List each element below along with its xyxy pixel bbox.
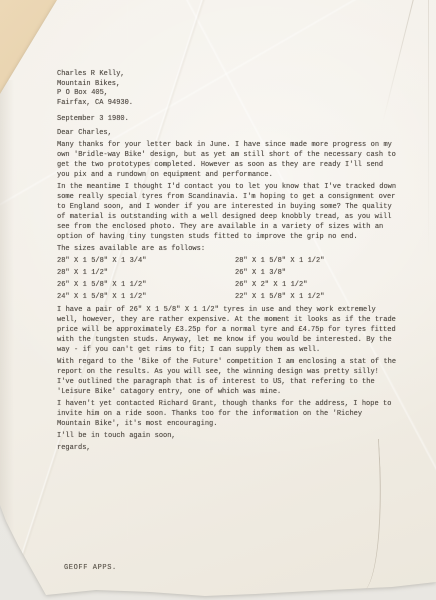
- size-item: 22" X 1 5/8" X 1 1/2": [235, 291, 398, 303]
- crease-bottom-right: [336, 439, 387, 593]
- size-row: 26" X 1 5/8" X 1 1/2" 26" X 2" X 1 1/2": [57, 279, 398, 291]
- address-line: Charles R Kelly,: [57, 70, 398, 80]
- letter-page-wrapper: Charles R Kelly, Mountain Bikes, P O Box…: [0, 0, 436, 600]
- size-item: 26" X 1 5/8" X 1 1/2": [57, 279, 235, 291]
- paragraph-progress: Many thanks for your letter back in June…: [57, 140, 398, 180]
- address-line: Mountain Bikes,: [57, 80, 398, 90]
- letter-page: Charles R Kelly, Mountain Bikes, P O Box…: [0, 0, 436, 600]
- size-item: 28" X 1 1/2": [57, 267, 235, 279]
- address-line: P O Box 405,: [57, 89, 398, 99]
- size-row: 24" X 1 5/8" X 1 1/2" 22" X 1 5/8" X 1 1…: [57, 291, 398, 303]
- paragraph-tyres: In the meantime I thought I'd contact yo…: [57, 182, 398, 242]
- paragraph-competition: With regard to the 'Bike of the Future' …: [57, 357, 398, 397]
- salutation: Dear Charles,: [57, 128, 398, 138]
- closing-line: I'll be in touch again soon,: [57, 431, 398, 441]
- scanned-letter-photo: Charles R Kelly, Mountain Bikes, P O Box…: [0, 0, 436, 600]
- address-line: Fairfax, CA 94930.: [57, 99, 398, 109]
- signature-name: GEOFF APPS.: [64, 564, 117, 572]
- size-row: 28" X 1 5/8" X 1 3/4" 28" X 1 5/8" X 1 1…: [57, 255, 398, 267]
- size-item: 28" X 1 5/8" X 1 3/4": [57, 255, 235, 267]
- sizes-list: 28" X 1 5/8" X 1 3/4" 28" X 1 5/8" X 1 1…: [57, 255, 398, 303]
- paper-edge-left: [0, 80, 14, 540]
- sizes-intro: The sizes available are as follows:: [57, 244, 398, 254]
- paragraph-prices: I have a pair of 26" X 1 5/8" X 1 1/2" t…: [57, 305, 398, 355]
- paragraph-richard-grant: I haven't yet contacted Richard Grant, t…: [57, 399, 398, 429]
- size-item: 24" X 1 5/8" X 1 1/2": [57, 291, 235, 303]
- size-item: 28" X 1 5/8" X 1 1/2": [235, 255, 398, 267]
- size-item: 26" X 2" X 1 1/2": [235, 279, 398, 291]
- paper-edge-right: [428, 0, 429, 260]
- letter-body: Charles R Kelly, Mountain Bikes, P O Box…: [57, 70, 398, 453]
- recipient-address: Charles R Kelly, Mountain Bikes, P O Box…: [57, 70, 398, 108]
- size-row: 28" X 1 1/2" 26" X 1 3/8": [57, 267, 398, 279]
- size-item: 26" X 1 3/8": [235, 267, 398, 279]
- letter-date: September 3 1980.: [57, 114, 398, 124]
- valediction: regards,: [57, 443, 398, 453]
